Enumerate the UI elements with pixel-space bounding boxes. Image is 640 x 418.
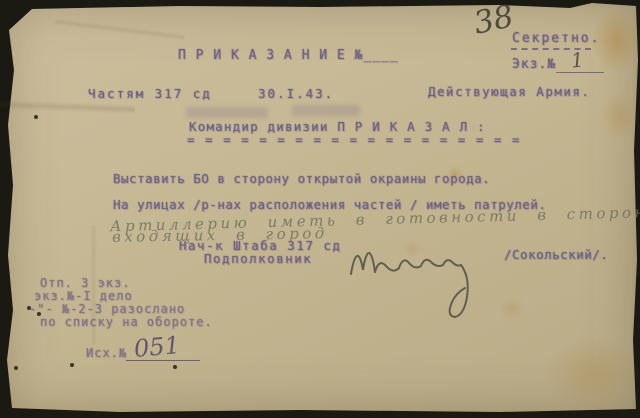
paper-hole (70, 363, 74, 367)
distribution-line: -"- №-2-3 разослано (29, 302, 185, 316)
paper-hole (14, 366, 18, 370)
order-intro-underline: = = = = = = = = = = = = = = = = = = = (187, 132, 521, 147)
addressee: Частям 317 сд (88, 86, 212, 101)
title-number-blank: ____ (363, 48, 398, 63)
distribution-line: экз.№-I дело (34, 289, 133, 303)
faded-ink-ghost (292, 105, 360, 116)
document-scan: 38 Секретно. Экз.№ 1 П Р И К А З А Н И Е… (0, 0, 640, 418)
paper-hole (173, 365, 177, 369)
location: Действующая Армия. (428, 84, 590, 99)
signer-rank: Подполковник (204, 251, 312, 266)
distribution-line: по списку на обороте. (40, 315, 213, 329)
title-text: П Р И К А З А Н И Е № (178, 48, 363, 63)
copy-label: Экз.№ (512, 57, 556, 72)
order-body-line: Выставить БО в сторону открытой окраины … (113, 171, 490, 186)
distribution-line: Отп. 3 экз. (40, 276, 130, 290)
signature-sokolsky-autograph (345, 240, 505, 320)
paper-hole (34, 115, 38, 119)
faded-ink-ghost (186, 107, 268, 118)
copy-number-underline (556, 64, 604, 73)
signer-surname: /Сокольский/. (504, 247, 608, 262)
date: 30.I.43. (258, 86, 334, 101)
document-title: П Р И К А З А Н И Е №____ (178, 48, 399, 63)
outgoing-number-underline (126, 352, 200, 361)
outgoing-label: Исх.№ (86, 346, 127, 360)
